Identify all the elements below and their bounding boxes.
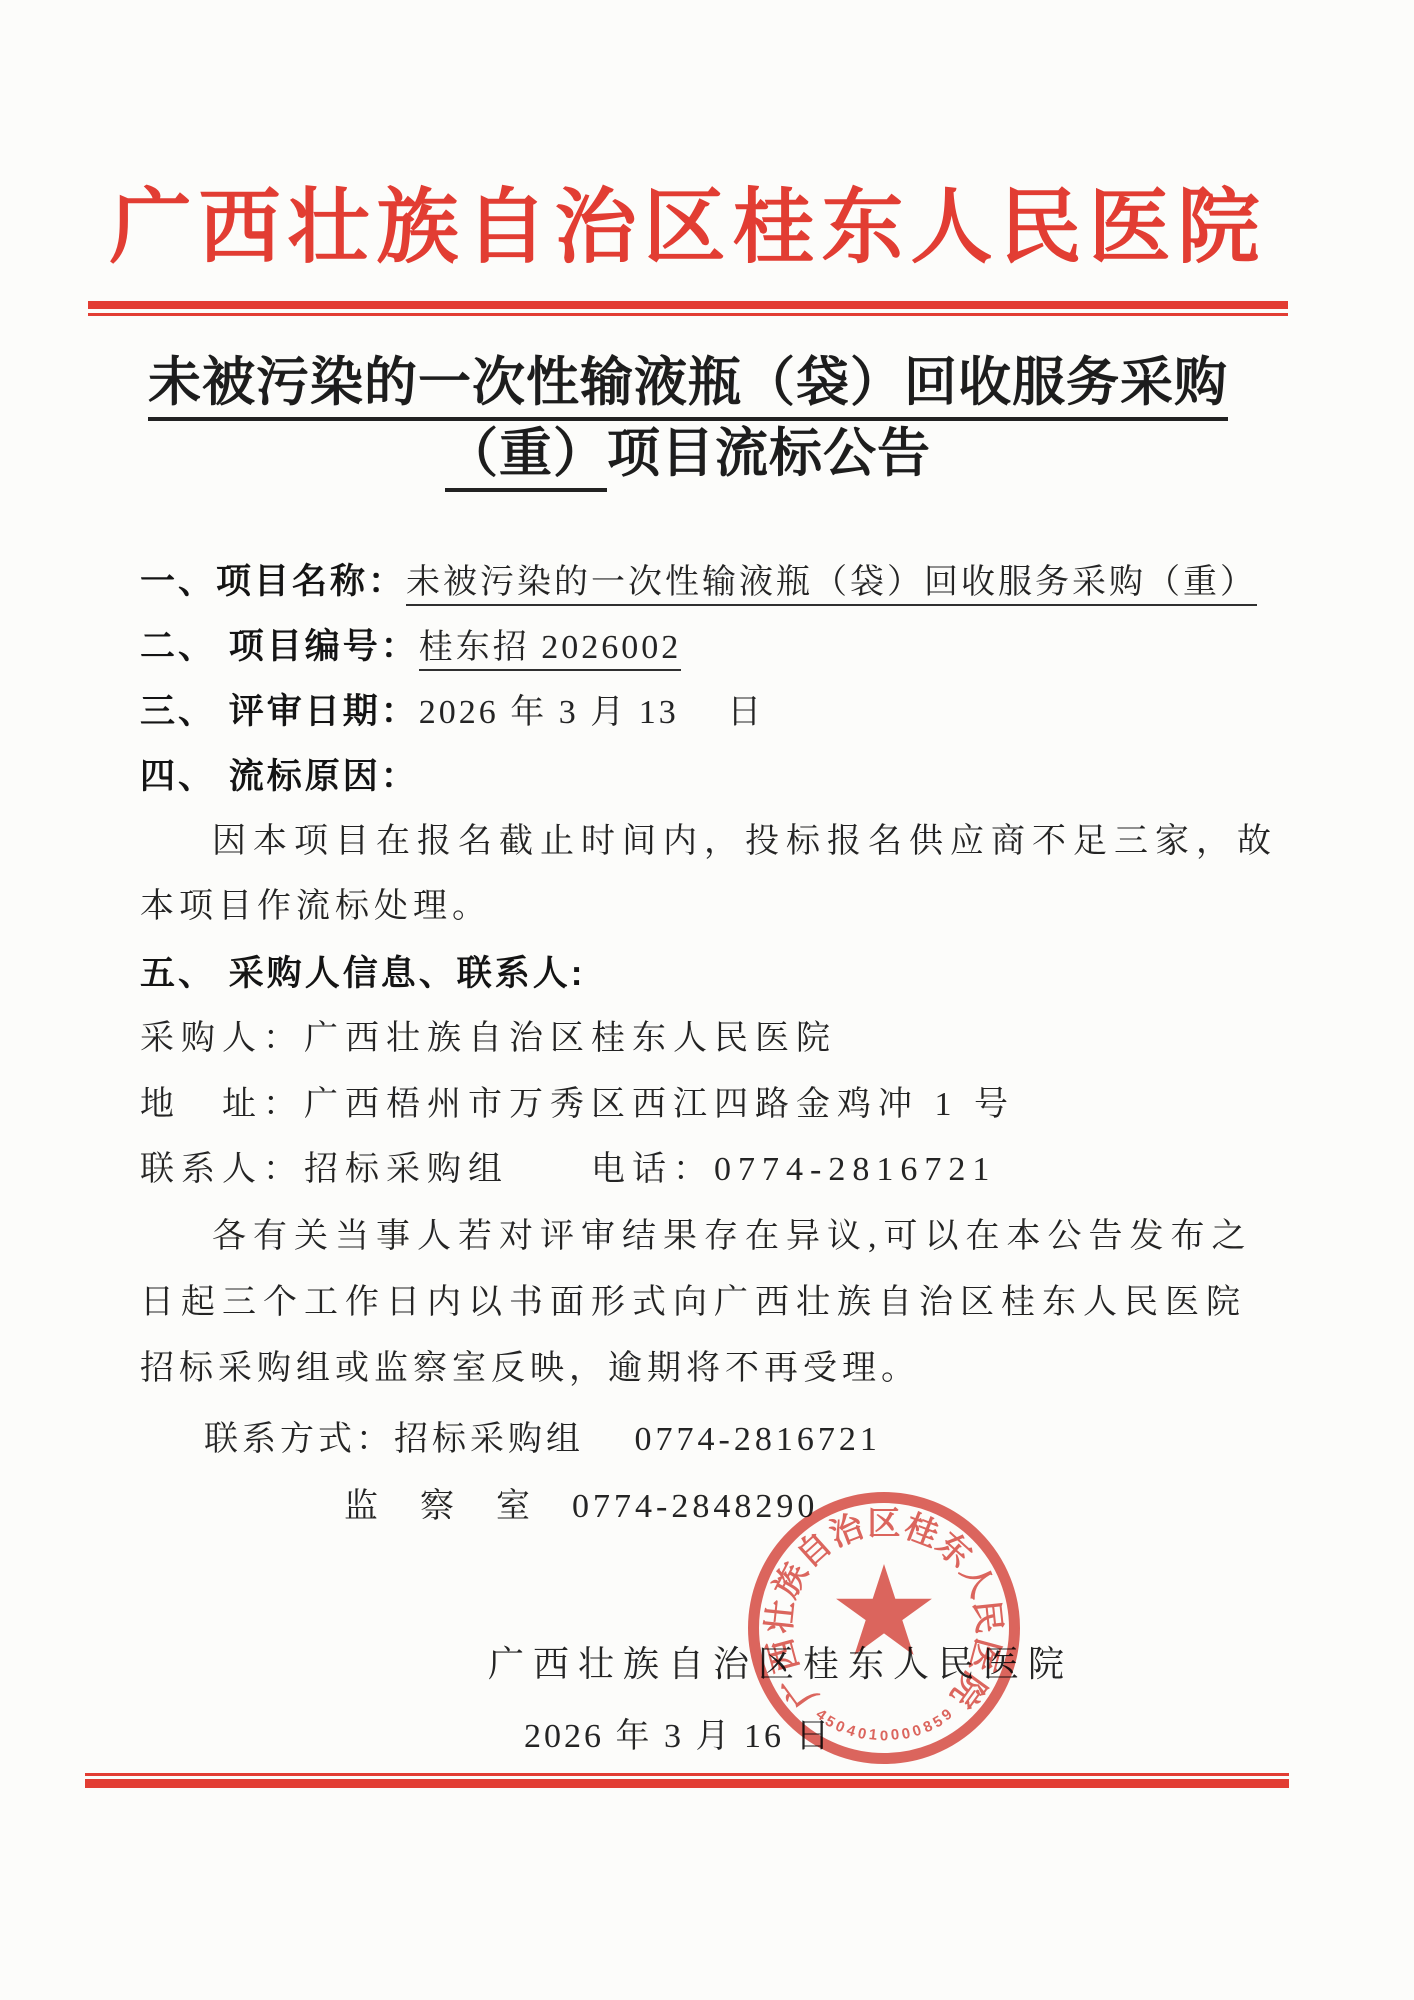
- failure-reason-paragraph-line2: 本项目作流标处理。: [140, 887, 491, 927]
- project-name-label: 一、项目名称：: [140, 562, 406, 601]
- project-number-line: 二、 项目编号：桂东招 2026002: [140, 627, 681, 668]
- objection-paragraph-line3: 招标采购组或监察室反映，逾期将不再受理。: [140, 1349, 920, 1389]
- header-rule-thin: [88, 313, 1288, 316]
- failure-reason-paragraph-line1: 因本项目在报名截止时间内，投标报名供应商不足三家，故: [212, 822, 1278, 862]
- document-page: 广西壮族自治区桂东人民医院 未被污染的一次性输液瓶（袋）回收服务采购 （重）项目…: [0, 0, 1414, 2000]
- buyer-line: 采购人：广西壮族自治区桂东人民医院: [140, 1019, 837, 1059]
- footer-rule-thin: [85, 1773, 1289, 1776]
- signature-organization: 广西壮族自治区桂东人民医院: [488, 1636, 1073, 1687]
- project-name-value: 未被污染的一次性输液瓶（袋）回收服务采购（重）: [406, 564, 1257, 606]
- project-name-line: 一、项目名称：未被污染的一次性输液瓶（袋）回收服务采购（重）: [140, 562, 1257, 603]
- footer-rule-thick: [85, 1779, 1289, 1788]
- contact-line: 联系人：招标采购组 电话：0774-2816721: [140, 1150, 996, 1190]
- address-line: 地 址：广西梧州市万秀区西江四路金鸡冲 1 号: [140, 1085, 1015, 1125]
- failure-reason-heading: 四、 流标原因：: [140, 757, 419, 798]
- objection-paragraph-line1: 各有关当事人若对评审结果存在异议,可以在本公告发布之: [212, 1217, 1253, 1257]
- document-title-line1: 未被污染的一次性输液瓶（袋）回收服务采购: [88, 340, 1288, 416]
- project-number-value: 桂东招 2026002: [419, 629, 682, 671]
- failure-reason-label: 四、 流标原因：: [140, 757, 419, 796]
- project-number-label: 二、 项目编号：: [140, 627, 419, 666]
- document-title-line2-rest: 项目流标公告: [607, 425, 931, 483]
- header-rule-thick: [88, 301, 1288, 309]
- buyer-info-label: 五、 采购人信息、联系人:: [140, 954, 585, 993]
- hospital-header-title: 广西壮族自治区桂东人民医院: [88, 182, 1288, 274]
- review-date-label: 三、 评审日期：: [140, 692, 419, 731]
- signature-date: 2026 年 3 月 16 日: [524, 1708, 833, 1757]
- document-title-line2: （重）项目流标公告: [88, 411, 1288, 487]
- contact-method-line2: 监 察 室 0774-2848290: [344, 1487, 818, 1527]
- document-title-line2-underlined: （重）: [445, 425, 607, 492]
- review-date-value: 2026 年 3 月 13 日: [419, 694, 765, 731]
- objection-paragraph-line2: 日起三个工作日内以书面形式向广西壮族自治区桂东人民医院: [140, 1283, 1247, 1323]
- buyer-info-heading: 五、 采购人信息、联系人:: [140, 954, 585, 995]
- review-date-line: 三、 评审日期：2026 年 3 月 13 日: [140, 692, 764, 733]
- contact-method-line1: 联系方式：招标采购组 0774-2816721: [204, 1420, 881, 1460]
